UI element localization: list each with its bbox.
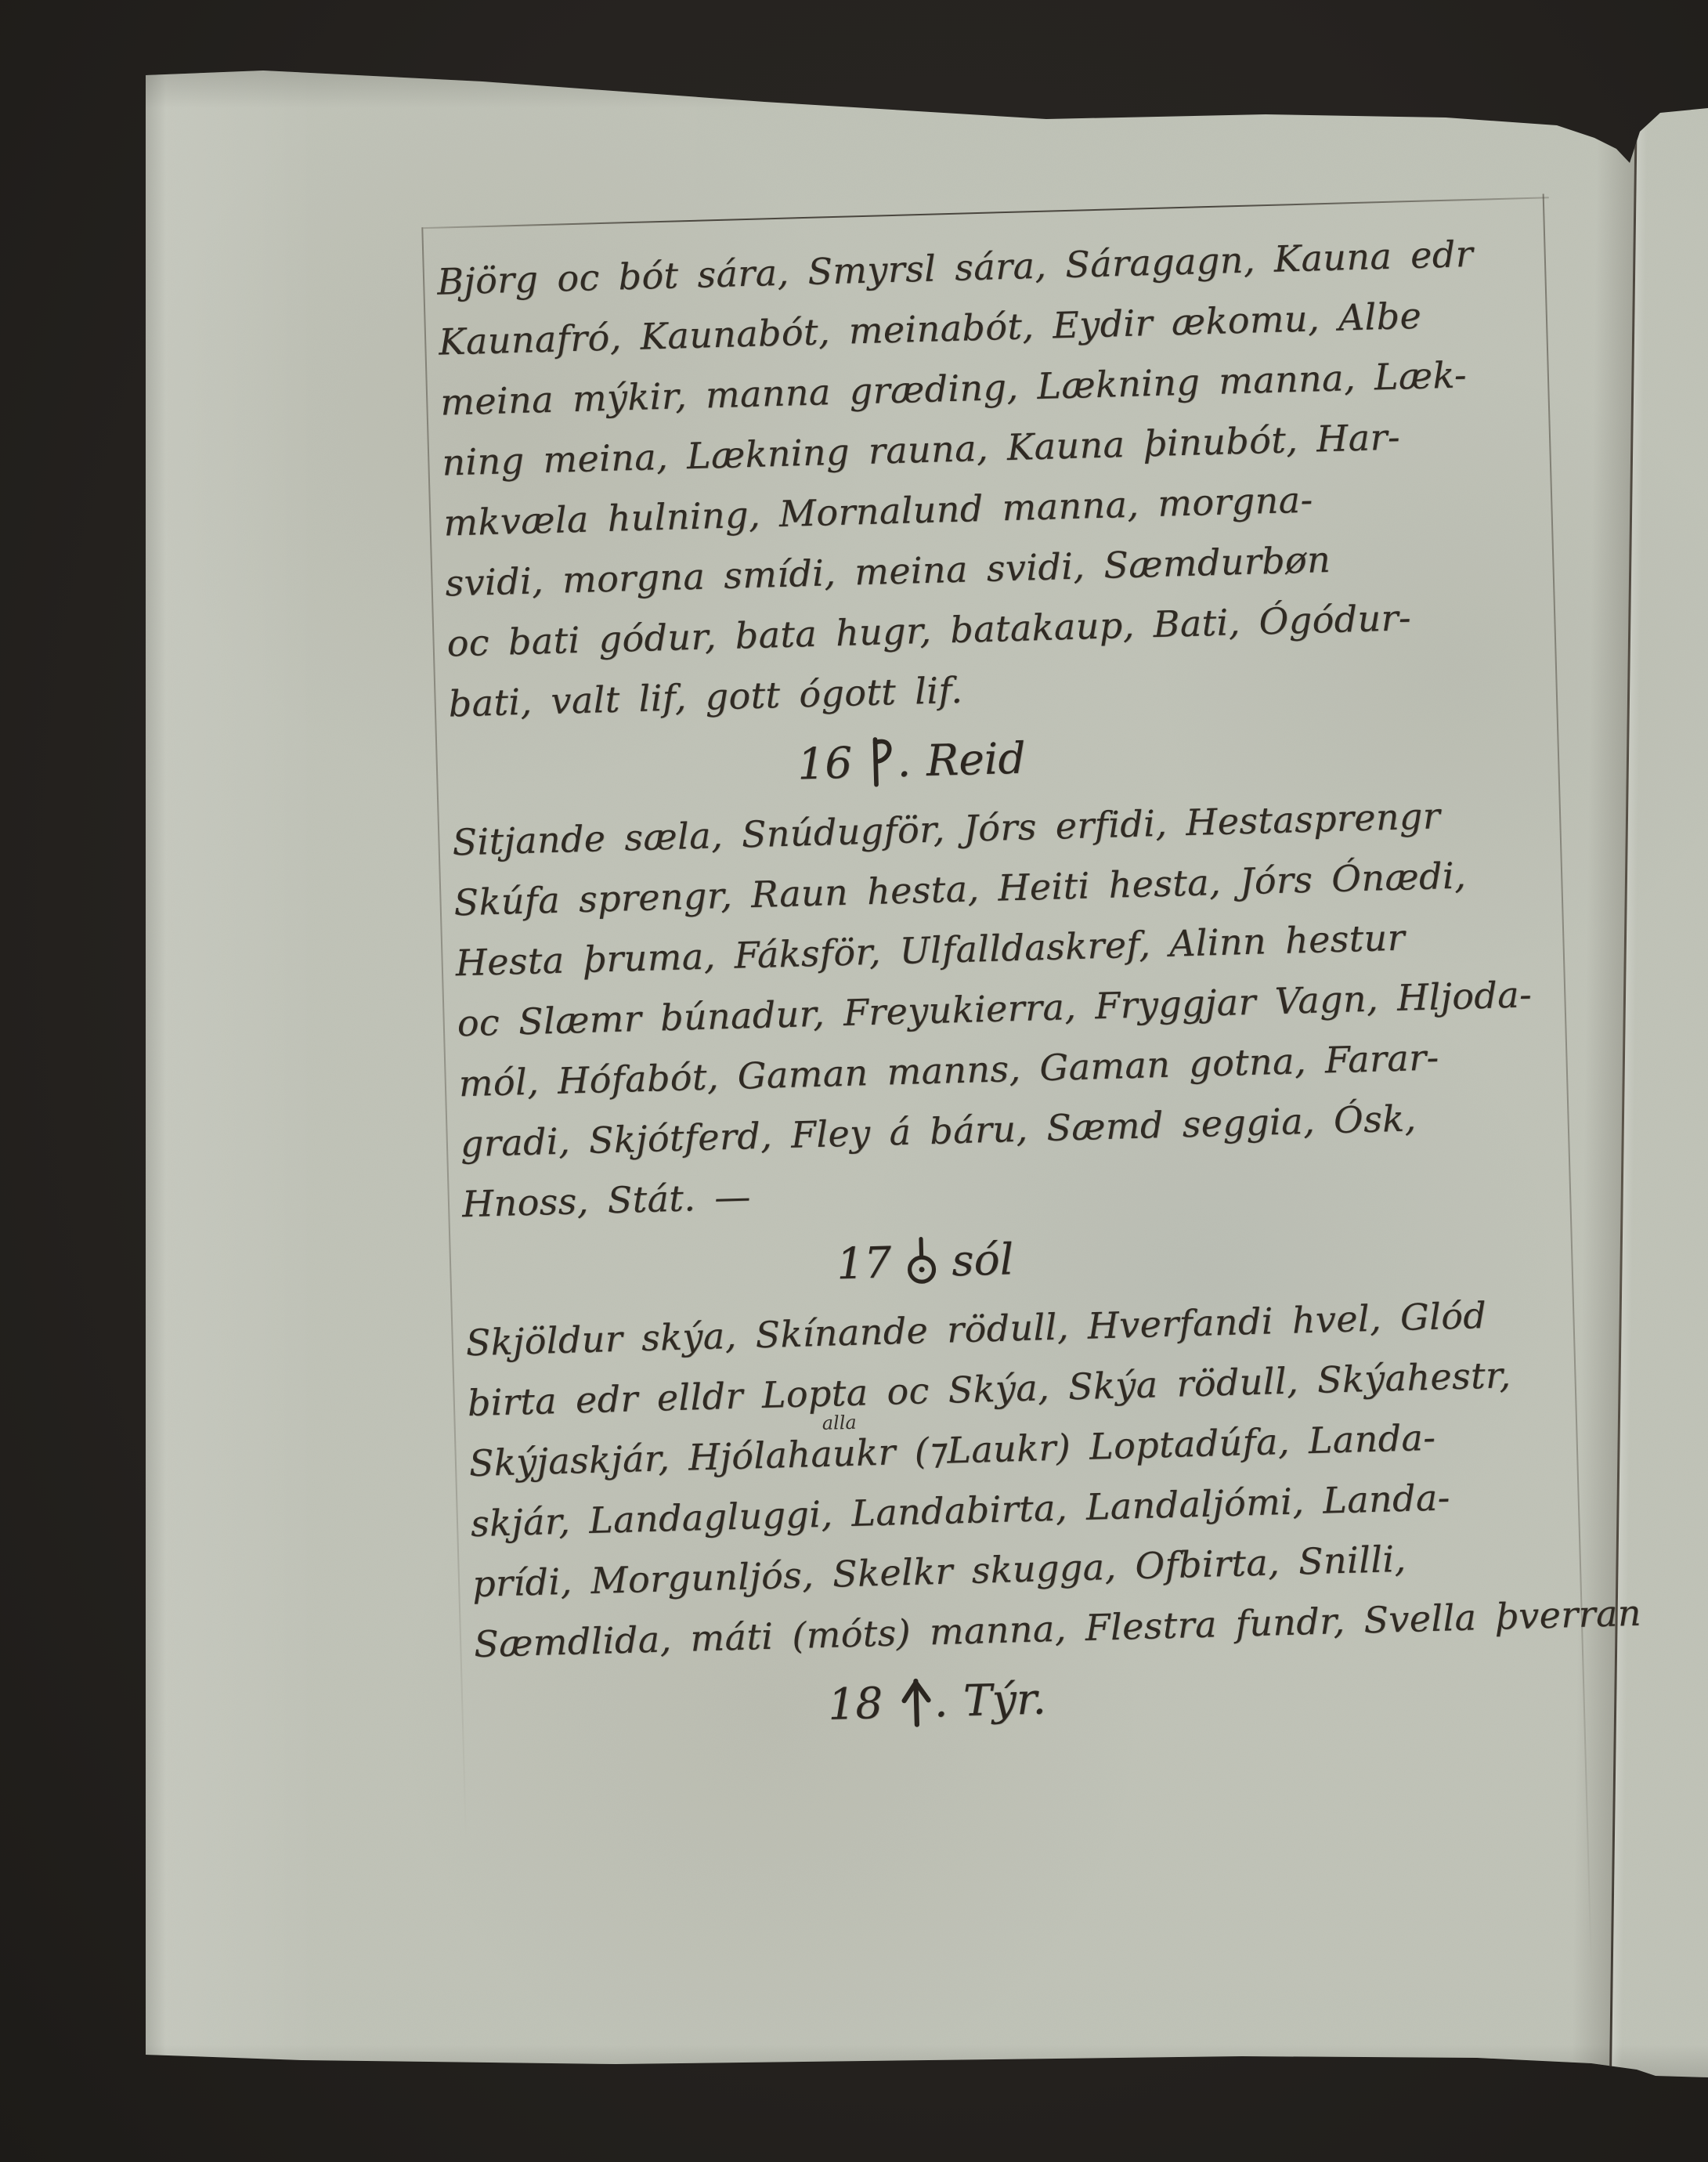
page-top-edge-shadow: [146, 66, 1708, 108]
page-gutter-shadow: [146, 66, 166, 2079]
interlinear-note: alla: [822, 1413, 857, 1433]
section-number: 16: [796, 738, 853, 790]
ruled-text-area: Björg oc bót sára, Smyrsl sára, Sáragagn…: [428, 189, 1595, 2052]
reid-rune-icon: .: [867, 736, 911, 788]
section-rune-name: Týr.: [962, 1673, 1046, 1726]
page-fold-crease: [1609, 100, 1638, 2074]
section-number: 17: [836, 1237, 892, 1289]
ruled-frame-top-line: [423, 197, 1549, 229]
page-left-tone: [146, 66, 316, 2079]
sol-rune-icon: [906, 1235, 937, 1288]
manuscript-text: Björg oc bót sára, Smyrsl sára, Sáragagn…: [436, 222, 1587, 1753]
manuscript-page: Björg oc bót sára, Smyrsl sára, Sáragagn…: [146, 66, 1708, 2079]
section-rune-name: sól: [951, 1234, 1014, 1285]
page-bottom-edge-shadow: [146, 2044, 1708, 2079]
scan-background: { "colors": { "background": "#262320", "…: [0, 0, 1708, 2162]
section-number: 18: [827, 1678, 883, 1730]
section-rune-name: Reid: [926, 733, 1026, 786]
tyr-rune-icon: .: [897, 1676, 948, 1729]
